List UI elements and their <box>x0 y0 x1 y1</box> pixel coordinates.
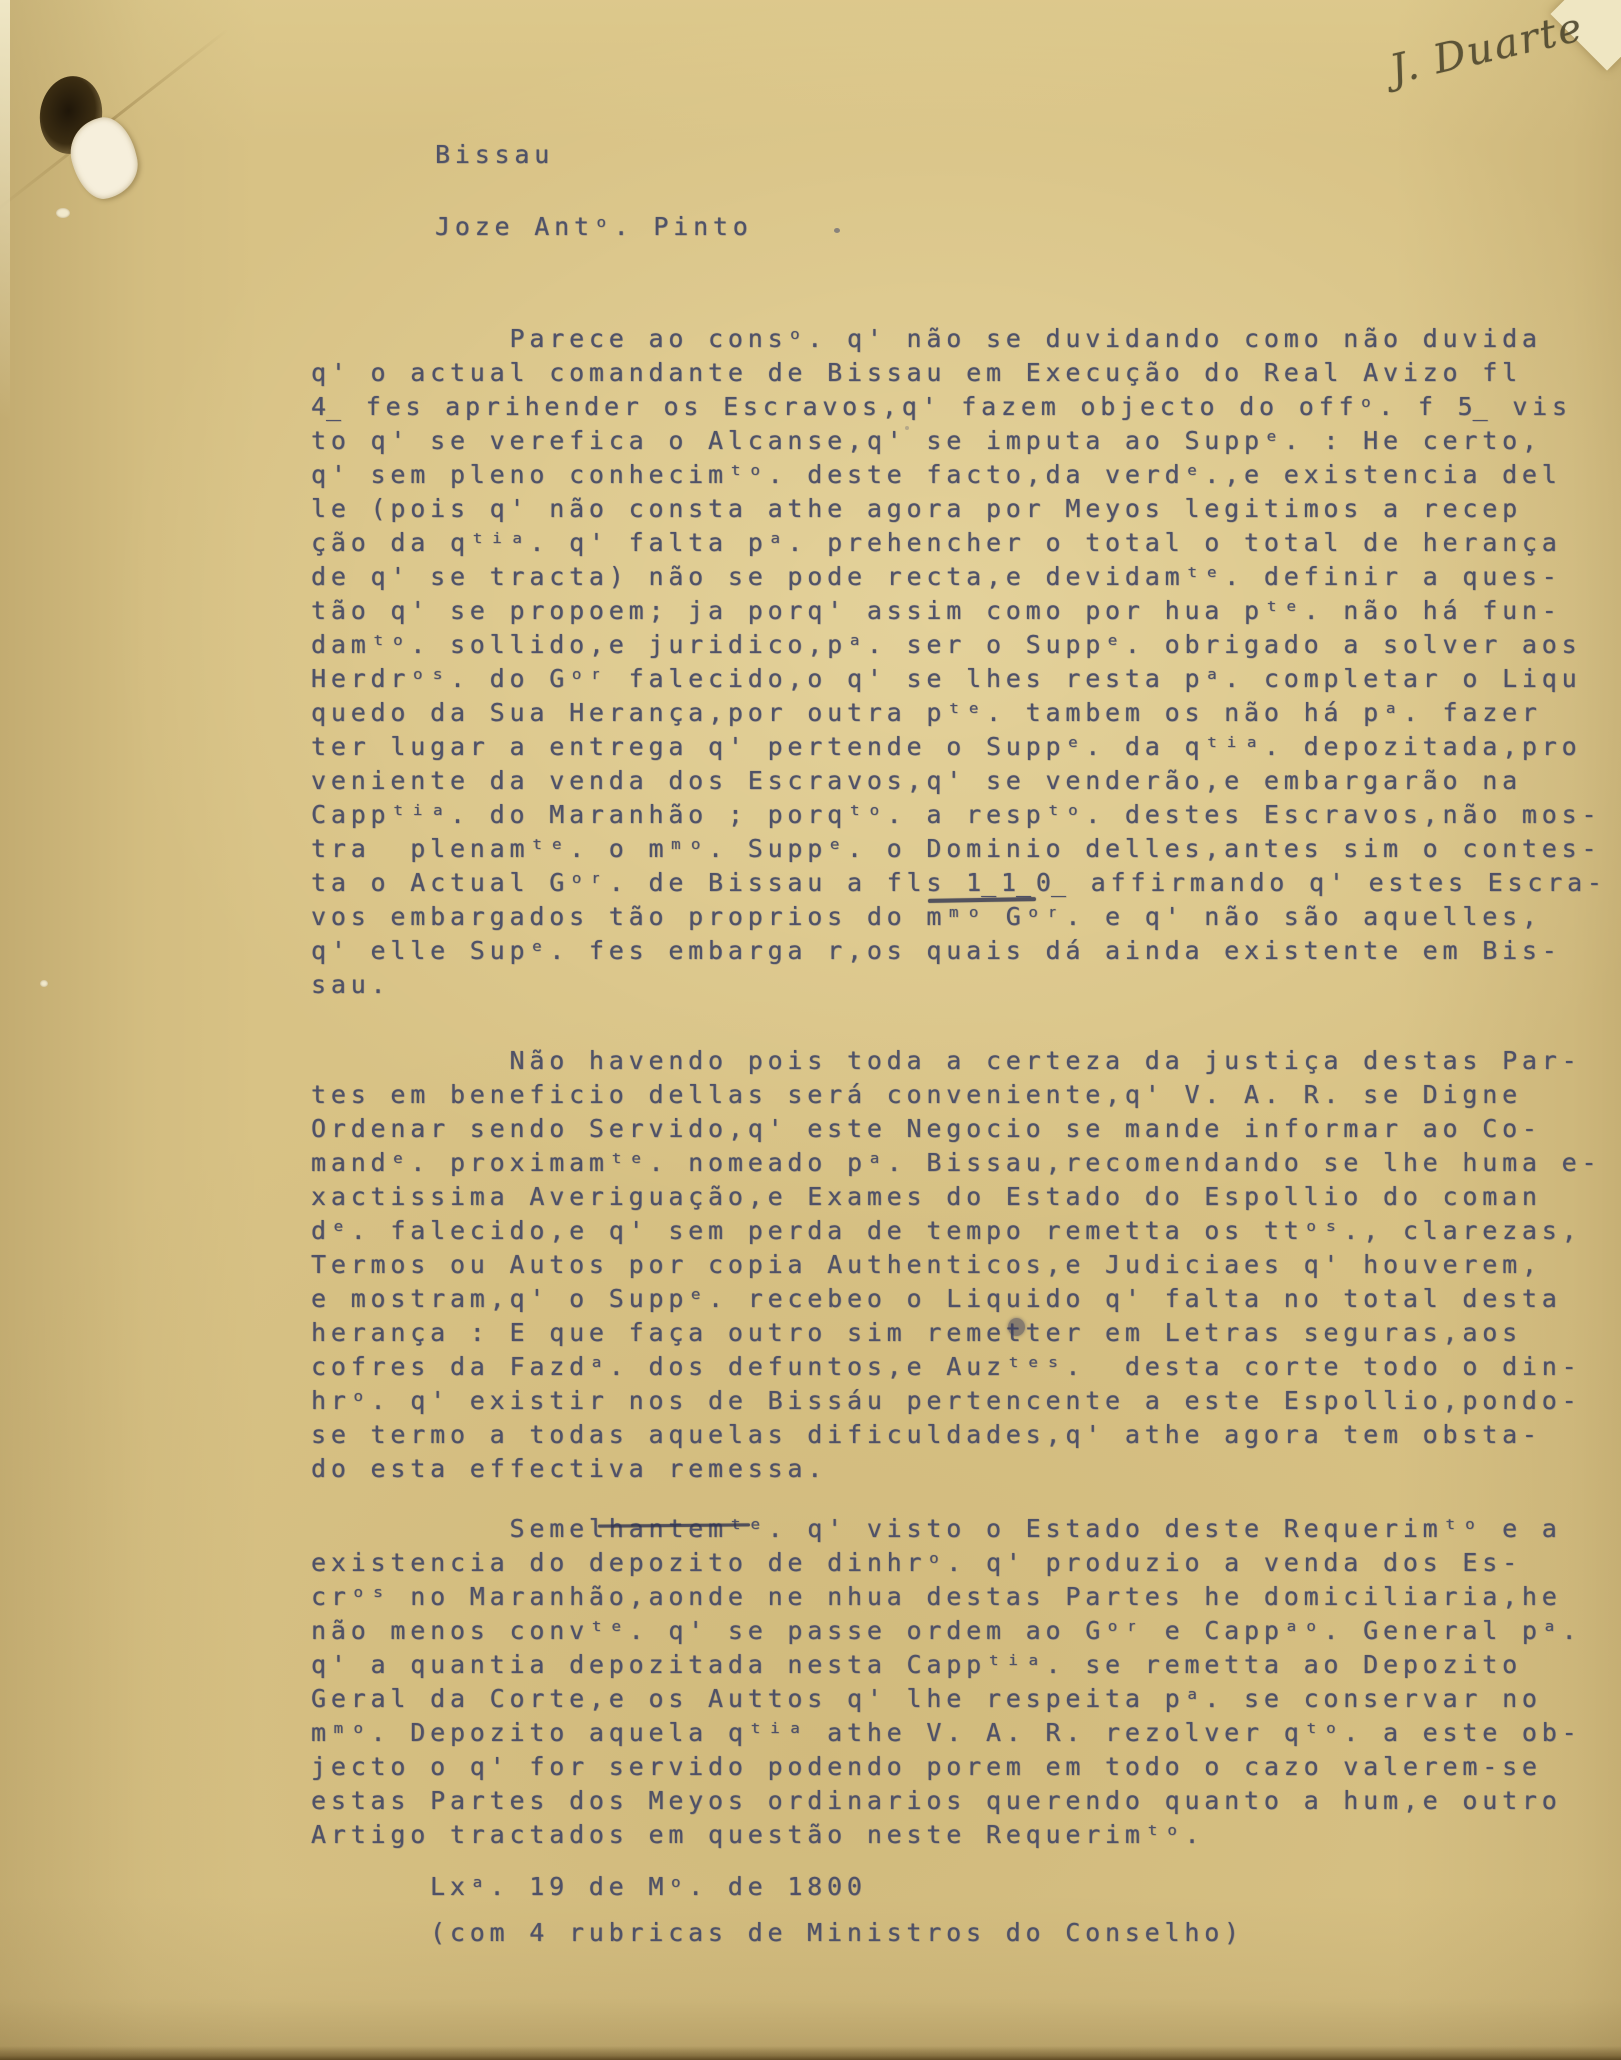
text-line: do esta effectiva remessa. <box>311 1452 1601 1486</box>
text-line: Semelhantemᵗᵉ. q' visto o Estado deste R… <box>311 1512 1581 1546</box>
text-line: q' sem pleno conhecimᵗᵒ. deste facto,da … <box>311 458 1607 492</box>
text-line: Herdrᵒˢ. do Gᵒʳ falecido,o q' se lhes re… <box>311 662 1607 696</box>
text-line: existencia do depozito de dinhrᵒ. q' pro… <box>311 1546 1581 1580</box>
addressee-name: Joze Antᵒ. Pinto <box>435 212 753 242</box>
paragraph-3: Semelhantemᵗᵉ. q' visto o Estado deste R… <box>311 1512 1581 1852</box>
ink-speck <box>834 228 840 233</box>
text-line: tão q' se propoem; ja porq' assim como p… <box>311 594 1607 628</box>
text-line: mandᵉ. proximamᵗᵉ. nomeado pᵃ. Bissau,re… <box>311 1146 1601 1180</box>
text-line: le (pois q' não consta athe agora por Me… <box>311 492 1607 526</box>
text-line: mᵐᵒ. Depozito aquela qᵗⁱᵃ athe V. A. R. … <box>311 1716 1581 1750</box>
text-line: jecto o q' for servido podendo porem em … <box>311 1750 1581 1784</box>
text-line: ção da qᵗⁱᵃ. q' falta pᵃ. prehencher o t… <box>311 526 1607 560</box>
text-line: 4̲ fes aprihender os Escravos,q' fazem o… <box>311 390 1607 424</box>
text-line: Cappᵗⁱᵃ. do Maranhão ; porqᵗᵒ. a respᵗᵒ.… <box>311 798 1607 832</box>
text-line: Não havendo pois toda a certeza da justi… <box>311 1044 1601 1078</box>
text-line: quedo da Sua Herança,por outra pᵗᵉ. tamb… <box>311 696 1607 730</box>
paper-fleck <box>40 980 48 987</box>
text-line: herança : E que faça outro sim remetter … <box>311 1316 1601 1350</box>
text-line: Geral da Corte,e os Auttos q' lhe respei… <box>311 1682 1581 1716</box>
text-line: se termo a todas aquelas dificuldades,q'… <box>311 1418 1601 1452</box>
text-line: ter lugar a entrega q' pertende o Suppᵉ.… <box>311 730 1607 764</box>
text-line: cofres da Fazdᵃ. dos defuntos,e Auzᵗᵉˢ. … <box>311 1350 1601 1384</box>
text-line: Artigo tractados em questão neste Requer… <box>311 1818 1581 1852</box>
text-line: xactissima Averiguação,e Exames do Estad… <box>311 1180 1601 1214</box>
text-line: Termos ou Autos por copia Authenticos,e … <box>311 1248 1601 1282</box>
document-page: J. Duarte Bissau Joze Antᵒ. Pinto Parece… <box>0 0 1621 2060</box>
text-line: tra plenamᵗᵉ. o mᵐᵒ. Suppᵉ. o Dominio de… <box>311 832 1607 866</box>
text-line: sau. <box>311 968 1607 1002</box>
text-line: veniente da venda dos Escravos,q' se ven… <box>311 764 1607 798</box>
place-label: Bissau <box>435 140 554 170</box>
paragraph-2: Não havendo pois toda a certeza da justi… <box>311 1044 1601 1486</box>
text-line: Parece ao consᵒ. q' não se duvidando com… <box>311 322 1607 356</box>
paper-edge <box>0 0 10 420</box>
text-line: q' a quantia depozitada nesta Cappᵗⁱᵃ. s… <box>311 1648 1581 1682</box>
text-line: vos embargados tão proprios do mᵐᵒ Gᵒʳ. … <box>311 900 1607 934</box>
text-line: dᵉ. falecido,e q' sem perda de tempo rem… <box>311 1214 1601 1248</box>
text-line: hrᵒ. q' existir nos de Bissáu pertencent… <box>311 1384 1601 1418</box>
paper-fleck <box>56 208 70 218</box>
text-line: to q' se verefica o Alcanse,q' se imputa… <box>311 424 1607 458</box>
text-line: tes em beneficio dellas será conveniente… <box>311 1078 1601 1112</box>
text-line: q' elle Supᵉ. fes embarga r,os quais dá … <box>311 934 1607 968</box>
ink-smudge <box>1008 1318 1025 1336</box>
text-line: q' o actual comandante de Bissau em Exec… <box>311 356 1607 390</box>
text-line: Ordenar sendo Servido,q' este Negocio se… <box>311 1112 1601 1146</box>
dateline: Lxᵃ. 19 de Mᵒ. de 1800 <box>430 1872 867 1901</box>
text-line: de q' se tracta) não se pode recta,e dev… <box>311 560 1607 594</box>
text-line: ta o Actual Gᵒʳ. de Bissau a fls 1̲1̲0̲ … <box>311 866 1607 900</box>
text-line: e mostram,q' o Suppᵉ. recebeo o Liquido … <box>311 1282 1601 1316</box>
rubrics-note: (com 4 rubricas de Ministros do Conselho… <box>430 1918 1244 1947</box>
text-line: damᵗᵒ. sollido,e juridico,pᵃ. ser o Supp… <box>311 628 1607 662</box>
paper-bottom-edge <box>0 2046 1621 2060</box>
text-line: estas Partes dos Meyos ordinarios queren… <box>311 1784 1581 1818</box>
text-line: não menos convᵗᵉ. q' se passe ordem ao G… <box>311 1614 1581 1648</box>
handwritten-signature: J. Duarte <box>1386 0 1620 93</box>
text-line: crᵒˢ no Maranhão,aonde ne nhua destas Pa… <box>311 1580 1581 1614</box>
